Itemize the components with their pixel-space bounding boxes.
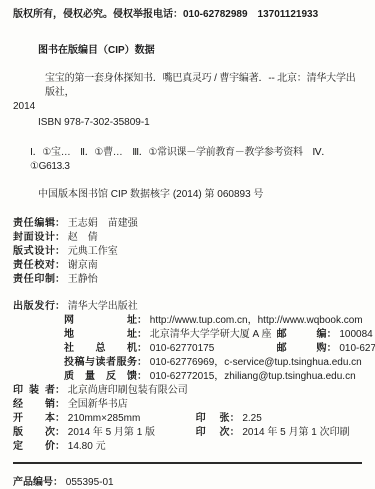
publisher-label: 出版发行 (13, 300, 55, 314)
cip-heading: 图书在版编目（CIP）数据 (38, 44, 362, 58)
printing-supervisor-label: 责任印制 (13, 273, 55, 287)
quality-feedback-label: 质量反馈 (64, 370, 137, 384)
price-value: 14.80 元 (68, 441, 106, 452)
colon: ： (137, 371, 147, 382)
printer-label: 印装者 (13, 384, 55, 398)
divider-line (13, 462, 362, 464)
address-label: 地址 (64, 328, 137, 342)
colon: ： (230, 413, 240, 424)
colon: ： (55, 232, 65, 243)
cip-classification: Ⅰ．①宝… Ⅱ．①曹… Ⅲ．①常识课－学前教育－教学参考资料 Ⅳ．①G613.3 (30, 146, 362, 174)
postcode-label: 邮编 (277, 328, 327, 342)
mail-order-value: 010-62786544 (339, 343, 375, 354)
quality-feedback-value: 010-62772015，zhiliang@tup.tsinghua.edu.c… (150, 371, 356, 382)
cip-isbn: ISBN 978-7-302-35809-1 (38, 116, 362, 130)
price-row: 定价： 14.80 元 (13, 440, 362, 454)
colon: ： (55, 301, 65, 312)
edition-label: 版次 (13, 426, 55, 440)
colon: ： (230, 427, 240, 438)
address-row: 地址： 北京清华大学学研大厦 A 座 邮编： 100084 (13, 328, 362, 342)
product-number-label: 产品编号 (13, 477, 53, 488)
sheets-value: 2.25 (242, 413, 261, 424)
copyright-notice: 版权所有，侵权必究。侵权举报电话：010-62782989 1370112193… (13, 8, 362, 22)
credits-block: 责任编辑： 王志娟 苗建强 封面设计： 赵 倩 版式设计： 元典工作室 责任校对… (13, 217, 362, 287)
publisher-value: 清华大学出版社 (68, 301, 138, 312)
switchboard-value: 010-62770175 (150, 342, 274, 356)
cip-year: 2014 (13, 100, 362, 114)
responsible-editor-row: 责任编辑： 王志娟 苗建强 (13, 217, 362, 231)
colon: ： (137, 315, 147, 326)
impression-label: 印次 (196, 426, 230, 440)
layout-design-row: 版式设计： 元典工作室 (13, 245, 362, 259)
proofreader-label: 责任校对 (13, 259, 55, 273)
colon: ： (55, 427, 65, 438)
edition-row: 版次： 2014 年 5 月第 1 版 印次： 2014 年 5 月第 1 次印… (13, 426, 362, 440)
website-label: 网址 (64, 314, 137, 328)
distributor-row: 经销： 全国新华书店 (13, 398, 362, 412)
cover-design-row: 封面设计： 赵 倩 (13, 231, 362, 245)
sheets-label: 印张 (196, 412, 230, 426)
price-label: 定价 (13, 440, 55, 454)
colon: ： (55, 274, 65, 285)
format-label: 开本 (13, 412, 55, 426)
switchboard-row: 社总机： 010-62770175 邮购： 010-62786544 (13, 342, 362, 356)
colon: ： (55, 413, 65, 424)
layout-design-label: 版式设计 (13, 245, 55, 259)
reader-service-value: 010-62776969，c-service@tup.tsinghua.edu.… (150, 357, 362, 368)
printing-supervisor-row: 责任印制： 王静怡 (13, 273, 362, 287)
website-value: http://www.tup.com.cn，http://www.wqbook.… (150, 315, 363, 326)
edition-value: 2014 年 5 月第 1 版 (68, 426, 193, 440)
colon: ： (137, 357, 147, 368)
colon: ： (53, 477, 63, 488)
proofreader-row: 责任校对： 谢京南 (13, 259, 362, 273)
colon: ： (327, 329, 337, 340)
cip-record-number: 中国版本图书馆 CIP 数据核字 (2014) 第 060893 号 (38, 188, 362, 202)
switchboard-label: 社总机 (64, 342, 137, 356)
mail-order-label: 邮购 (277, 342, 327, 356)
colon: ： (137, 343, 147, 354)
colon: ： (55, 441, 65, 452)
colon: ： (55, 246, 65, 257)
format-row: 开本： 210mm×285mm 印张： 2.25 (13, 412, 362, 426)
product-number-value: 055395-01 (66, 477, 114, 488)
colophon-page: 版权所有，侵权必究。侵权举报电话：010-62782989 1370112193… (0, 0, 375, 489)
colon: ： (55, 399, 65, 410)
cip-title-line: 宝宝的第一套身体探知书．嘴巴真灵巧 / 曹宇编著．-- 北京：清华大学出版社， (45, 72, 362, 100)
cover-design-label: 封面设计 (13, 231, 55, 245)
publishing-block: 出版发行： 清华大学出版社 网址： http://www.tup.com.cn，… (13, 300, 362, 454)
reader-service-row: 投稿与读者服务： 010-62776969，c-service@tup.tsin… (13, 356, 362, 370)
product-number-row: 产品编号： 055395-01 (13, 476, 362, 489)
impression-value: 2014 年 5 月第 1 次印刷 (242, 427, 349, 438)
colon: ： (55, 218, 65, 229)
postcode-value: 100084 (339, 329, 372, 340)
colon: ： (55, 260, 65, 271)
layout-design-value: 元典工作室 (68, 246, 118, 257)
printer-value: 北京尚唐印刷包装有限公司 (68, 385, 188, 396)
cover-design-value: 赵 倩 (68, 232, 98, 243)
reader-service-label: 投稿与读者服务 (64, 356, 137, 370)
address-value: 北京清华大学学研大厦 A 座 (150, 328, 274, 342)
website-row: 网址： http://www.tup.com.cn，http://www.wqb… (13, 314, 362, 328)
colon: ： (137, 329, 147, 340)
printer-row: 印装者： 北京尚唐印刷包装有限公司 (13, 384, 362, 398)
distributor-value: 全国新华书店 (68, 399, 128, 410)
colon: ： (327, 343, 337, 354)
responsible-editor-label: 责任编辑 (13, 217, 55, 231)
format-value: 210mm×285mm (68, 412, 193, 426)
proofreader-value: 谢京南 (68, 260, 98, 271)
distributor-label: 经销 (13, 398, 55, 412)
responsible-editor-value: 王志娟 苗建强 (68, 218, 138, 229)
quality-feedback-row: 质量反馈： 010-62772015，zhiliang@tup.tsinghua… (13, 370, 362, 384)
printing-supervisor-value: 王静怡 (68, 274, 98, 285)
publisher-row: 出版发行： 清华大学出版社 (13, 300, 362, 314)
colon: ： (55, 385, 65, 396)
